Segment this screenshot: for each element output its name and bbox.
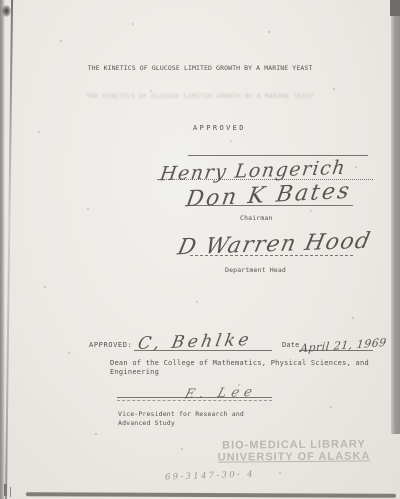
library-stamp: BIO-MEDICAL LIBRARY UNIVERSITY OF ALASKA (214, 439, 374, 463)
vice-president-signature-line-2 (117, 400, 272, 401)
signature-line-chairman (188, 205, 353, 206)
scan-edge-right-top (390, 0, 400, 16)
library-stamp-line2: UNIVERSITY OF ALASKA (214, 451, 374, 464)
pencil-catalog-number: 69-3147-30- 4 (165, 469, 255, 482)
department-head-label: Department Head (225, 266, 286, 274)
handwritten-date: April 21, 1969 (299, 336, 387, 355)
vp-title-line1: Vice-President for Research and (118, 410, 244, 418)
thesis-title: THE KINETICS OF GLUCOSE LIMITED GROWTH B… (0, 64, 400, 72)
approved-colon-label: APPROVED: (89, 341, 132, 349)
committee-signature-chairman: Don K Bates (184, 179, 353, 213)
signature-line-department-head (190, 255, 353, 256)
vice-president-signature-line (117, 397, 272, 398)
chairman-label: Chairman (240, 214, 273, 222)
scan-edge-bottom (26, 492, 396, 498)
scanned-thesis-approval-page: THE KINETICS OF GLUCOSE LIMITED GROWTH B… (0, 0, 400, 499)
scan-edge-left (0, 0, 5, 499)
bleed-through-title: THE KINETICS OF GLUCOSE LIMITED GROWTH B… (0, 92, 400, 100)
date-label: Date (282, 341, 299, 349)
dean-title-line2: Engineering (110, 368, 159, 376)
blank-signature-line (188, 155, 368, 156)
vp-title-line2: Advanced Study (118, 419, 175, 427)
scan-corner-smudge (2, 5, 11, 17)
approved-heading: APPROVED (193, 124, 246, 132)
paper-speckles (0, 0, 2, 2)
date-line (299, 350, 373, 351)
dean-title-line1: Dean of the College of Mathematics, Phys… (110, 359, 369, 367)
scan-bottom-left-marks (4, 484, 7, 496)
dean-signature-line (134, 350, 272, 351)
paper-crease (5, 0, 13, 499)
